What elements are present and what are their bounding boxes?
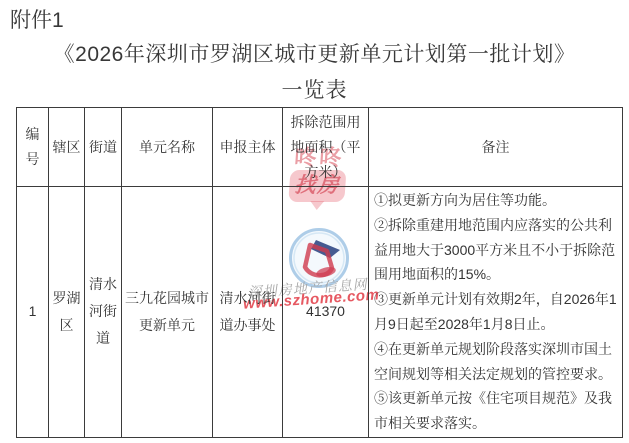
cell-street: 清水河街道	[85, 187, 122, 438]
cell-remarks: ①拟更新方向为居住等功能。 ②拆除重建用地范围内应落实的公共利益用地大于3000…	[369, 187, 623, 438]
remark-item-5: ⑤该更新单元按《住宅项目规范》及我市相关要求落实。	[374, 386, 617, 436]
document-subtitle: 一览表	[0, 74, 629, 104]
header-number: 编号	[17, 108, 49, 187]
header-unit-name: 单元名称	[122, 108, 213, 187]
header-remarks: 备注	[369, 108, 623, 187]
document-title: 《2026年深圳市罗湖区城市更新单元计划第一批计划》	[0, 38, 629, 68]
remark-item-2: ②拆除重建用地范围内应落实的公共利益用地大于3000平方米且不小于拆除范围用地面…	[374, 213, 617, 287]
cell-applicant: 清水河街道办事处	[213, 187, 283, 438]
header-street: 街道	[85, 108, 122, 187]
header-demolition-area: 拆除范围用地面积（平方米）	[283, 108, 369, 187]
remark-item-3: ③更新单元计划有效期2年，自2026年1月9日起至2028年1月8日止。	[374, 287, 617, 337]
cell-demolition-area: 41370	[283, 187, 369, 438]
header-district: 辖区	[49, 108, 85, 187]
table-row: 1 罗湖区 清水河街道 三九花园城市更新单元 清水河街道办事处 41370 ①拟…	[17, 187, 623, 438]
urban-renewal-plan-table: 编号 辖区 街道 单元名称 申报主体 拆除范围用地面积（平方米） 备注 1 罗湖…	[16, 107, 623, 438]
header-applicant: 申报主体	[213, 108, 283, 187]
cell-unit-name: 三九花园城市更新单元	[122, 187, 213, 438]
attachment-label: 附件1	[10, 4, 64, 34]
cell-district: 罗湖区	[49, 187, 85, 438]
table-header-row: 编号 辖区 街道 单元名称 申报主体 拆除范围用地面积（平方米） 备注	[17, 108, 623, 187]
remark-item-1: ①拟更新方向为居住等功能。	[374, 188, 617, 213]
cell-number: 1	[17, 187, 49, 438]
remark-item-4: ④在更新单元规划阶段落实深圳市国土空间规划等相关法定规划的管控要求。	[374, 337, 617, 387]
